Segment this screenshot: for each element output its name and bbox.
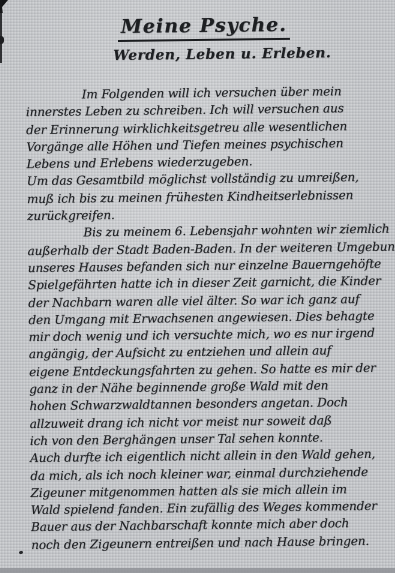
text-line: noch den Zigeunern entreißen und nach Ha… [31, 532, 387, 554]
manuscript-body: Im Folgenden will ich versuchen über mei… [26, 83, 388, 554]
handwritten-content: Meine Psyche. Werden, Leben u. Erleben. … [0, 0, 395, 573]
page-subtitle: Werden, Leben u. Erleben. [113, 45, 331, 64]
manuscript-scan-page: Meine Psyche. Werden, Leben u. Erleben. … [0, 0, 395, 573]
page-title: Meine Psyche. [118, 14, 290, 42]
photo-edge-band-bottom [0, 568, 395, 573]
